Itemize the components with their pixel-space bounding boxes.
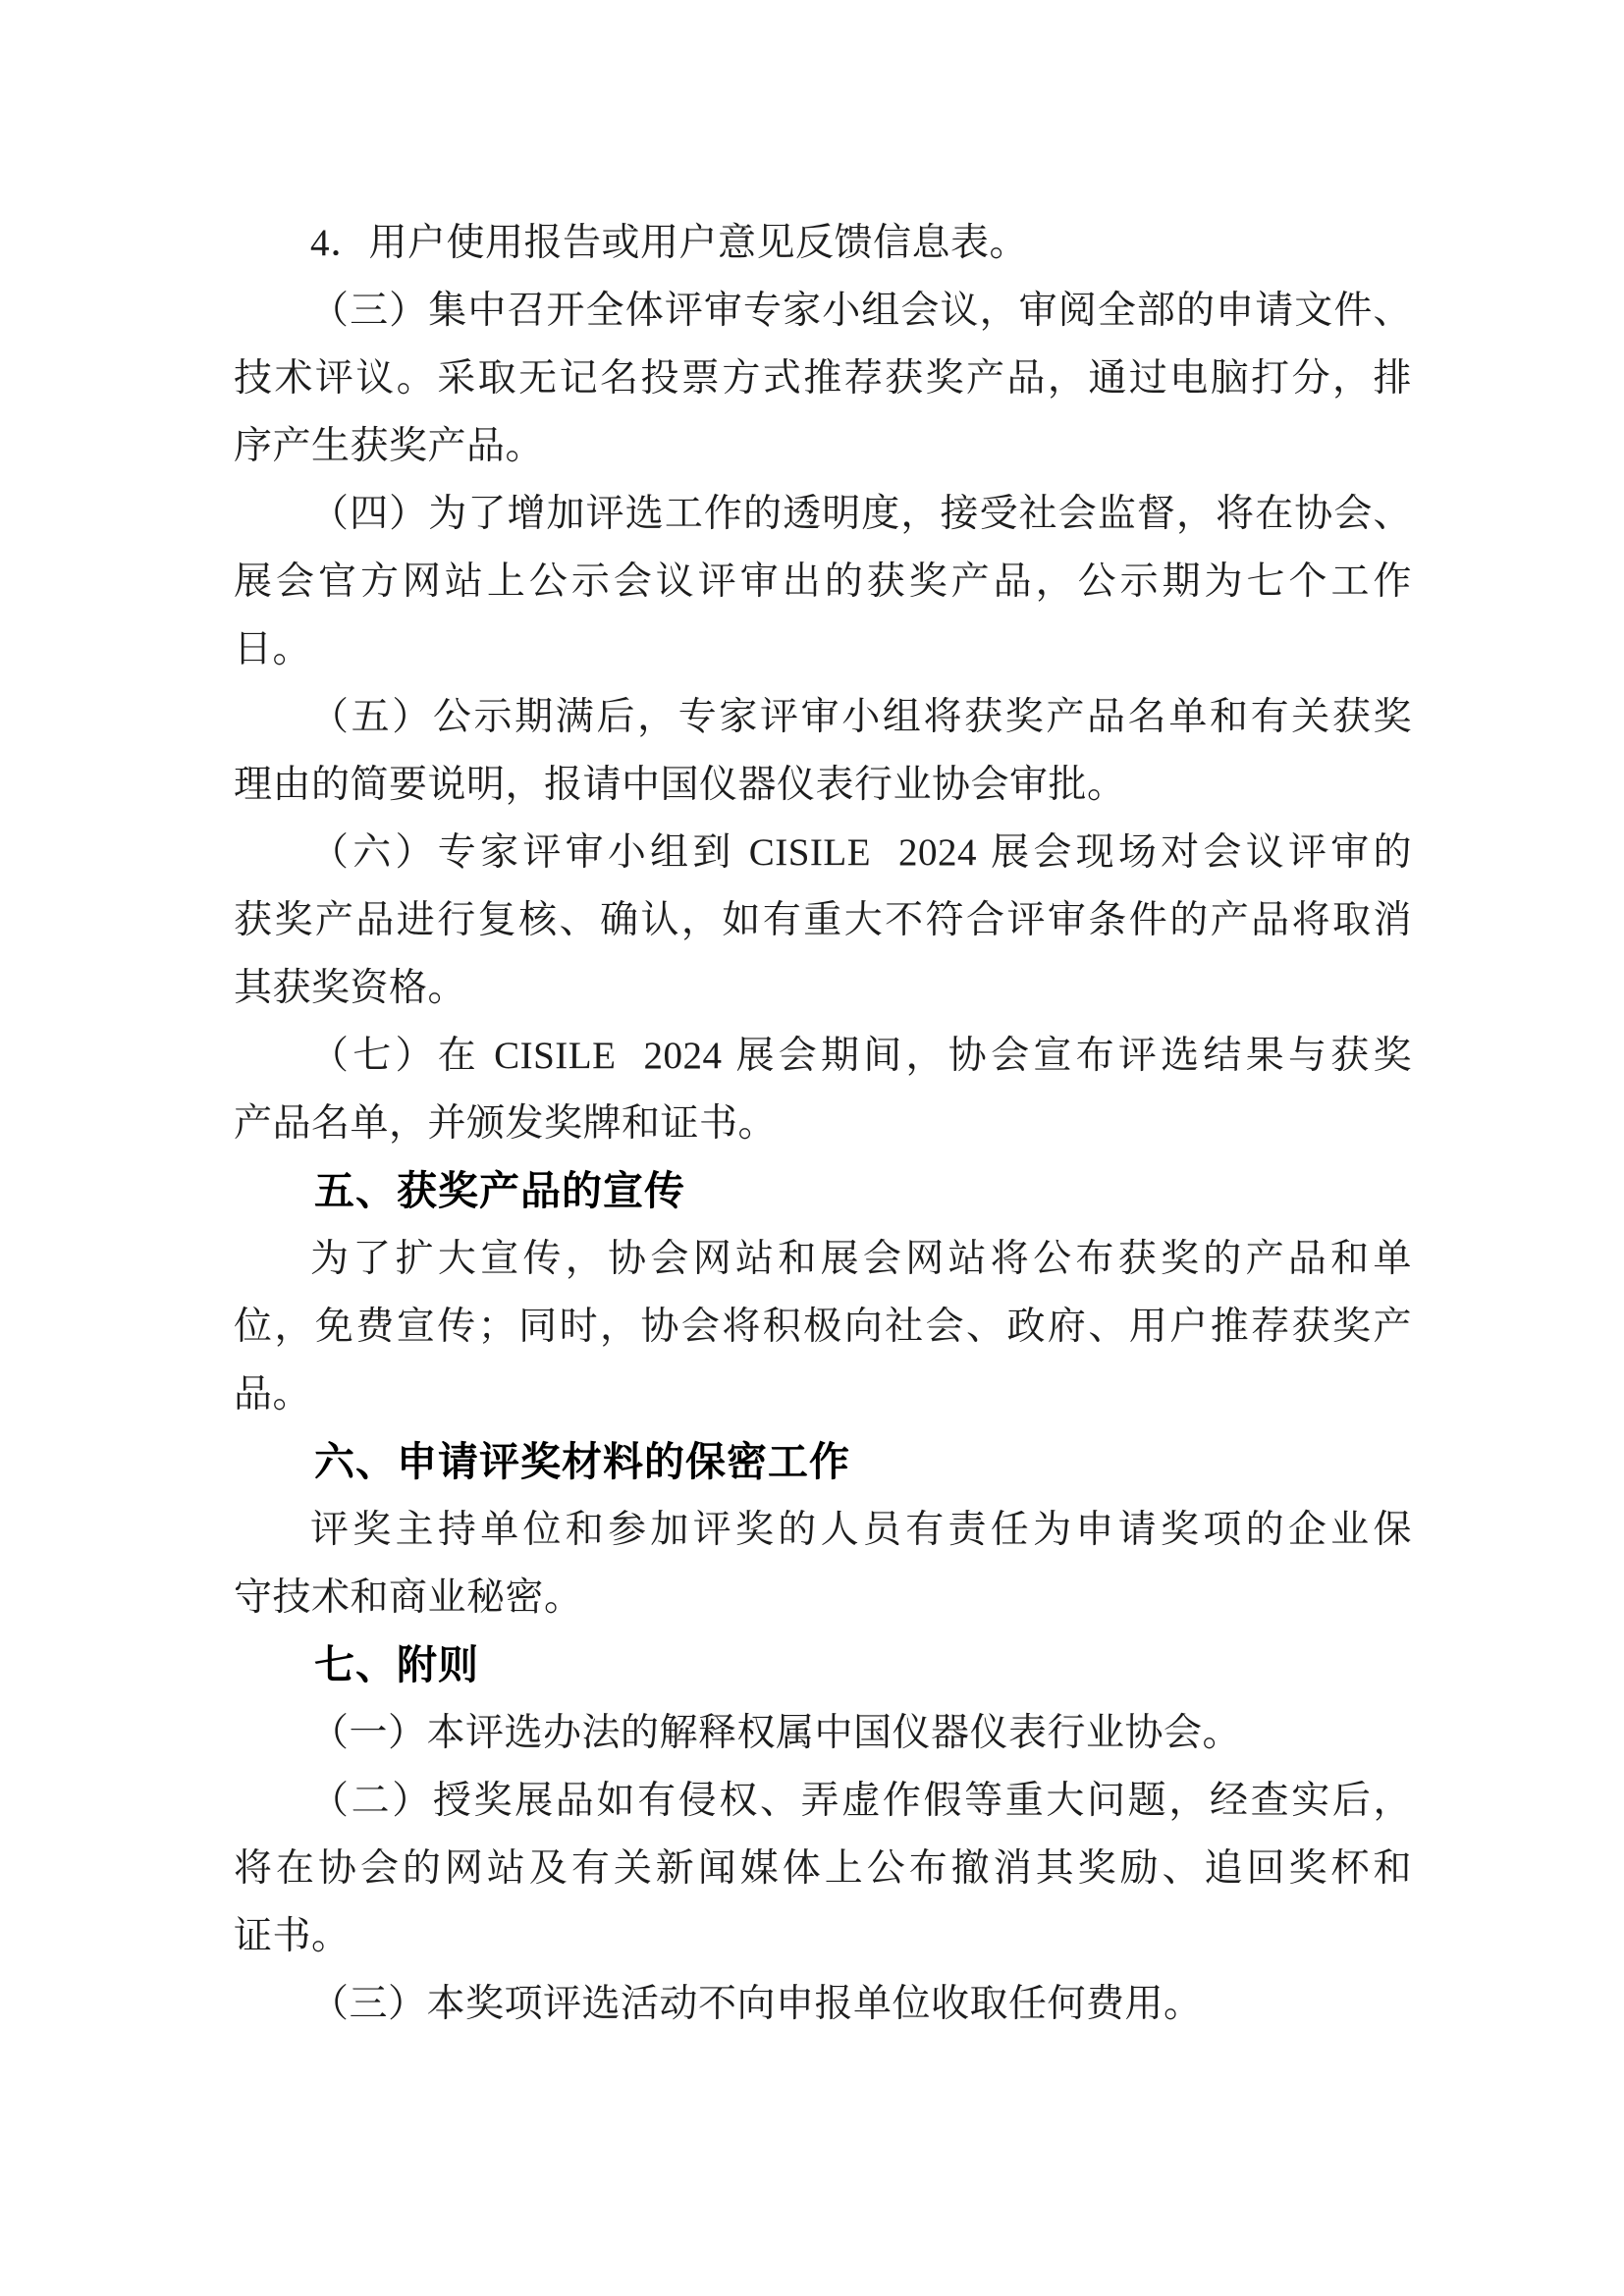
section-heading: 六、申请评奖材料的保密工作: [234, 1428, 1412, 1496]
text-line: （六）专家评审小组到 CISILE 2024 展会现场对会议评审的: [234, 819, 1412, 886]
text-line: 守技术和商业秘密。: [234, 1564, 1412, 1631]
section-heading: 五、获奖产品的宣传: [234, 1157, 1412, 1225]
text-line: 证书。: [234, 1902, 1412, 1970]
text-line: （二）授奖展品如有侵权、弄虚作假等重大问题，经查实后，: [234, 1767, 1412, 1835]
text-line: （三）本奖项评选活动不向申报单位收取任何费用。: [234, 1970, 1412, 2038]
text-line: 展会官方网站上公示会议评审出的获奖产品，公示期为七个工作: [234, 548, 1412, 615]
text-line: 品。: [234, 1361, 1412, 1428]
section-heading: 七、附则: [234, 1631, 1412, 1699]
text-line: （五）公示期满后，专家评审小组将获奖产品名单和有关获奖: [234, 683, 1412, 751]
text-line: 获奖产品进行复核、确认，如有重大不符合评审条件的产品将取消: [234, 886, 1412, 954]
page-body: 4．用户使用报告或用户意见反馈信息表。（三）集中召开全体评审专家小组会议，审阅全…: [234, 209, 1412, 2038]
text-line: 4．用户使用报告或用户意见反馈信息表。: [234, 209, 1412, 277]
text-line: 其获奖资格。: [234, 954, 1412, 1022]
text-line: （一）本评选办法的解释权属中国仪器仪表行业协会。: [234, 1699, 1412, 1767]
text-line: 序产生获奖产品。: [234, 412, 1412, 480]
text-line: 为了扩大宣传，协会网站和展会网站将公布获奖的产品和单: [234, 1225, 1412, 1293]
text-line: 将在协会的网站及有关新闻媒体上公布撤消其奖励、追回奖杯和: [234, 1835, 1412, 1902]
text-line: 评奖主持单位和参加评奖的人员有责任为申请奖项的企业保: [234, 1496, 1412, 1564]
text-line: （三）集中召开全体评审专家小组会议，审阅全部的申请文件、: [234, 277, 1412, 345]
text-line: （七）在 CISILE 2024 展会期间，协会宣布评选结果与获奖: [234, 1022, 1412, 1090]
text-line: 理由的简要说明，报请中国仪器仪表行业协会审批。: [234, 751, 1412, 819]
text-line: （四）为了增加评选工作的透明度，接受社会监督，将在协会、: [234, 480, 1412, 548]
text-line: 日。: [234, 615, 1412, 683]
document-page: 4．用户使用报告或用户意见反馈信息表。（三）集中召开全体评审专家小组会议，审阅全…: [0, 0, 1624, 2296]
text-line: 产品名单，并颁发奖牌和证书。: [234, 1090, 1412, 1157]
text-line: 技术评议。采取无记名投票方式推荐获奖产品，通过电脑打分，排: [234, 345, 1412, 412]
text-line: 位，免费宣传；同时，协会将积极向社会、政府、用户推荐获奖产: [234, 1293, 1412, 1361]
